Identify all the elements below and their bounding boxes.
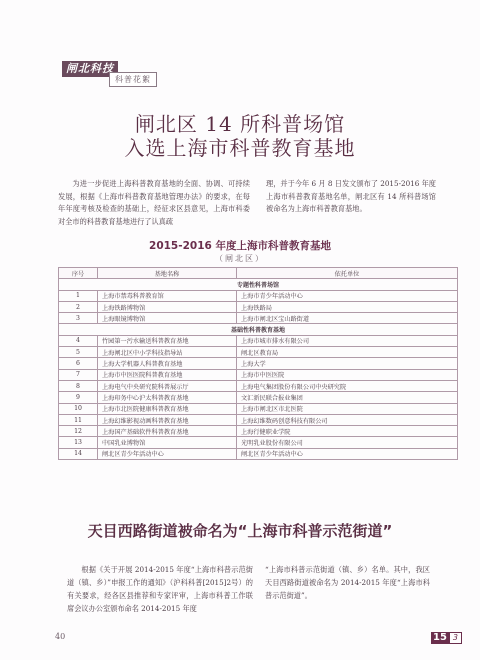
row-number: 4 xyxy=(59,335,98,346)
base-name: 闸北区青少年活动中心 xyxy=(98,448,237,459)
base-name: 上海闸北区中小学科技指导站 xyxy=(98,347,237,358)
base-name: 竹园第一污水输送科普教育基地 xyxy=(98,335,237,346)
row-number: 14 xyxy=(59,448,98,459)
issue-number: 15 xyxy=(431,632,449,644)
article2-headline: 天目西路街道被命名为“上海市科普示范街道” xyxy=(0,520,480,541)
host-organization: 上海市青少年活动中心 xyxy=(237,290,458,301)
issue-badge: 15 3 xyxy=(431,632,462,644)
row-number: 11 xyxy=(59,414,98,425)
table-row: 7上海市中医医院科普教育基地上海市中医医院 xyxy=(59,369,458,380)
row-number: 6 xyxy=(59,358,98,369)
article2-paragraph-right: “上海市科普示范街道（镇、乡）名单。其中，我区天目西路街道被命名为 2014-2… xyxy=(265,563,430,602)
title-line-2: 入选上海市科普教育基地 xyxy=(0,136,480,160)
header-no: 序号 xyxy=(59,268,98,279)
table-row: 12上海国产基础软件科普教育基地上海行健职业学院 xyxy=(59,426,458,437)
magazine-page: 闸北科技 科普花絮 闸北区 14 所科普场馆 入选上海市科普教育基地 为进一步促… xyxy=(0,0,480,660)
table-row: 4竹园第一污水输送科普教育基地上海市城市排水有限公司 xyxy=(59,335,458,346)
table-row: 11上海幻维影视动画科普教育基地上海幻维数码创意科技有限公司 xyxy=(59,414,458,425)
host-organization: 上海电气集团股份有限公司中央研究院 xyxy=(237,380,458,391)
table-row: 14闸北区青少年活动中心闸北区青少年活动中心 xyxy=(59,448,458,459)
category-label: 专题性科普场馆 xyxy=(59,279,458,290)
row-number: 2 xyxy=(59,301,98,312)
table-title: 2015-2016 年度上海市科普教育基地 xyxy=(0,238,480,253)
title-line-1: 闸北区 14 所科普场馆 xyxy=(0,112,480,136)
row-number: 3 xyxy=(59,313,98,324)
table-row: 13中国乳业博物馆光明乳业股份有限公司 xyxy=(59,437,458,448)
table-row: 6上海大学机器人科普教育基地上海大学 xyxy=(59,358,458,369)
table-subtitle: （闸北区） xyxy=(0,253,480,264)
host-organization: 上海市城市排水有限公司 xyxy=(237,335,458,346)
base-name: 上海眼镜博物馆 xyxy=(98,313,237,324)
table-header-row: 序号 基地名称 依托单位 xyxy=(59,268,458,279)
host-organization: 上海铁路局 xyxy=(237,301,458,312)
category-row: 专题性科普场馆 xyxy=(59,279,458,290)
row-number: 8 xyxy=(59,380,98,391)
host-organization: 上海幻维数码创意科技有限公司 xyxy=(237,414,458,425)
table-row: 2上海铁路博物馆上海铁路局 xyxy=(59,301,458,312)
table-row: 1上海市禁毒科普教育馆上海市青少年活动中心 xyxy=(59,290,458,301)
category-row: 基础性科普教育基地 xyxy=(59,324,458,335)
base-name: 上海国产基础软件科普教育基地 xyxy=(98,426,237,437)
header-name: 基地名称 xyxy=(98,268,237,279)
host-organization: 上海市闸北区宝山路街道 xyxy=(237,313,458,324)
host-organization: 闸北区青少年活动中心 xyxy=(237,448,458,459)
page-number: 40 xyxy=(55,632,65,641)
base-name: 上海幻维影视动画科普教育基地 xyxy=(98,414,237,425)
base-name: 上海市中医医院科普教育基地 xyxy=(98,369,237,380)
base-name: 上海电气中央研究院科普展示厅 xyxy=(98,380,237,391)
header-org: 依托单位 xyxy=(237,268,458,279)
article-title: 闸北区 14 所科普场馆 入选上海市科普教育基地 xyxy=(0,112,480,160)
row-number: 13 xyxy=(59,437,98,448)
base-name: 上海大学机器人科普教育基地 xyxy=(98,358,237,369)
host-organization: 闸北区教育局 xyxy=(237,347,458,358)
table-row: 3上海眼镜博物馆上海市闸北区宝山路街道 xyxy=(59,313,458,324)
intro-paragraph-left: 为进一步促进上海科普教育基地的全面、协调、可持续发展，根据《上海市科普教育基地管… xyxy=(58,178,250,228)
table-row: 9上海印务中心沪太科普教育基地文汇新民联合报业集团 xyxy=(59,392,458,403)
base-name: 上海市北医院健康科普教育基地 xyxy=(98,403,237,414)
section-tag: 科普花絮 xyxy=(109,72,157,87)
host-organization: 上海大学 xyxy=(237,358,458,369)
base-name: 上海印务中心沪太科普教育基地 xyxy=(98,392,237,403)
category-label: 基础性科普教育基地 xyxy=(59,324,458,335)
host-organization: 上海市中医医院 xyxy=(237,369,458,380)
row-number: 9 xyxy=(59,392,98,403)
host-organization: 文汇新民联合报业集团 xyxy=(237,392,458,403)
table-body: 专题性科普场馆1上海市禁毒科普教育馆上海市青少年活动中心2上海铁路博物馆上海铁路… xyxy=(59,279,458,460)
bases-table: 序号 基地名称 依托单位 专题性科普场馆1上海市禁毒科普教育馆上海市青少年活动中… xyxy=(58,267,458,460)
article2-paragraph-left: 根据《关于开展 2014-2015 年度“上海市科普示范街道（镇、乡）”申报工作… xyxy=(67,563,253,615)
host-organization: 上海市闸北区市北医院 xyxy=(237,403,458,414)
row-number: 7 xyxy=(59,369,98,380)
table-row: 10上海市北医院健康科普教育基地上海市闸北区市北医院 xyxy=(59,403,458,414)
row-number: 10 xyxy=(59,403,98,414)
row-number: 12 xyxy=(59,426,98,437)
row-number: 5 xyxy=(59,347,98,358)
table-row: 5上海闸北区中小学科技指导站闸北区教育局 xyxy=(59,347,458,358)
table-row: 8上海电气中央研究院科普展示厅上海电气集团股份有限公司中央研究院 xyxy=(59,380,458,391)
host-organization: 光明乳业股份有限公司 xyxy=(237,437,458,448)
row-number: 1 xyxy=(59,290,98,301)
base-name: 上海铁路博物馆 xyxy=(98,301,237,312)
issue-month: 3 xyxy=(449,632,462,644)
host-organization: 上海行健职业学院 xyxy=(237,426,458,437)
base-name: 上海市禁毒科普教育馆 xyxy=(98,290,237,301)
intro-paragraph-right: 理，并于今年 6 月 8 日发文颁布了 2015-2016 年度上海市科普教育基… xyxy=(266,178,436,216)
base-name: 中国乳业博物馆 xyxy=(98,437,237,448)
